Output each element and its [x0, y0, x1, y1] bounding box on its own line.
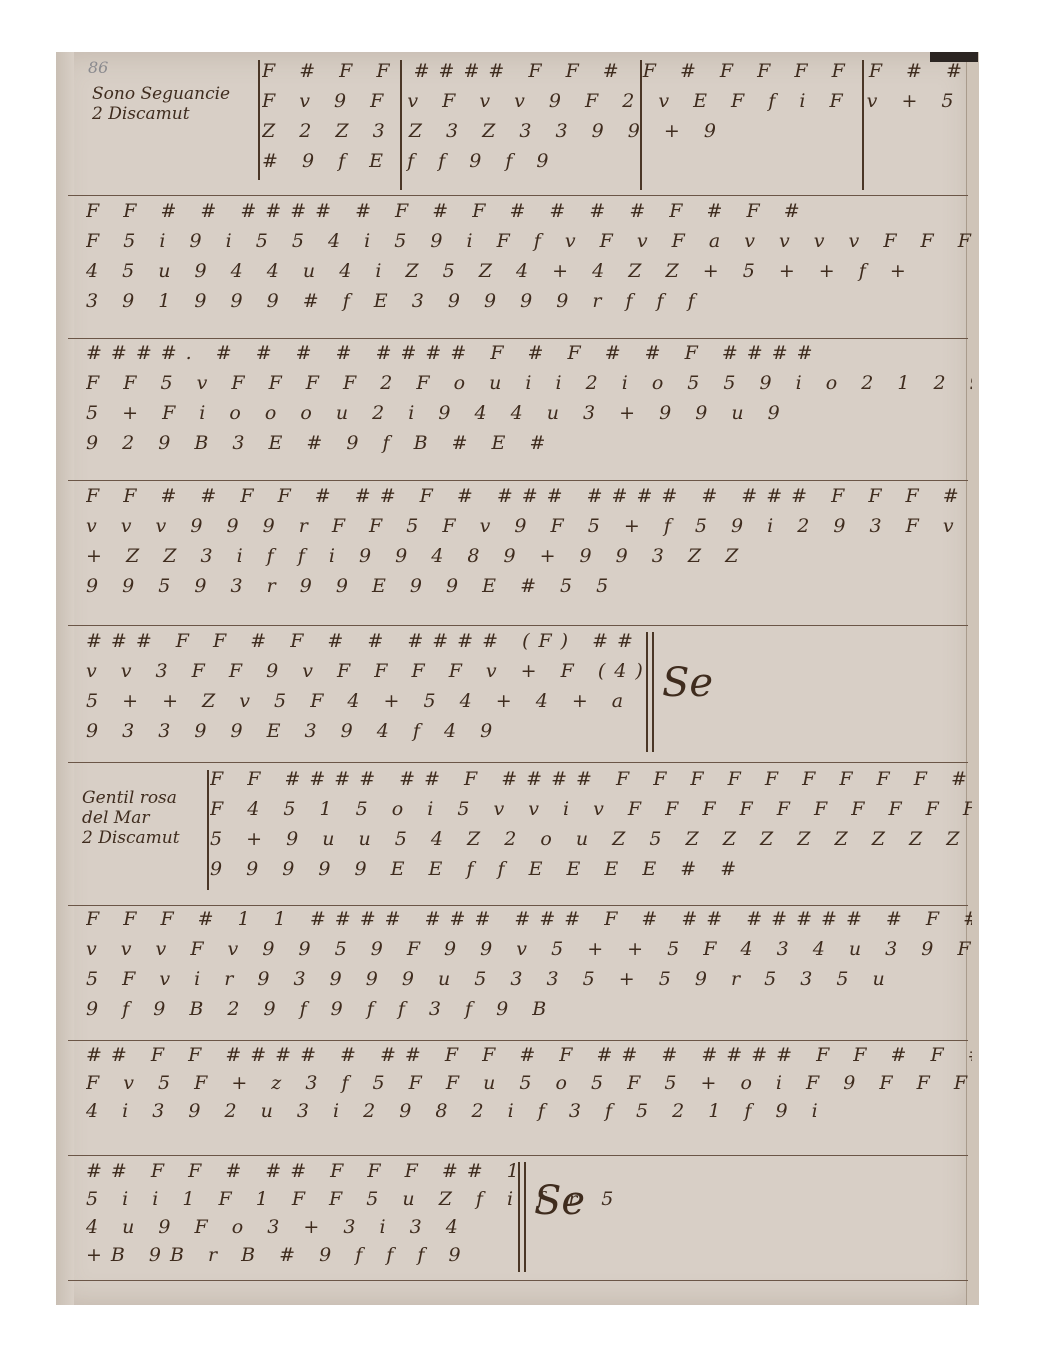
fine-mark: Se: [534, 1178, 585, 1224]
tablature-system-5: ### F F # F # # #### (F) ## v v 3 F F 9 …: [86, 630, 658, 760]
course-row: 9 3 3 9 9 E 3 9 4 f 4 9: [86, 720, 658, 742]
course-row: 5 + F i o o o u 2 i 9 4 4 u 3 + 9 9 u 9: [86, 402, 972, 424]
barline: [207, 770, 209, 890]
piece-title-gentil-rosa: Gentil rosa del Mar 2 Discamut: [82, 788, 180, 848]
staff-divider: [68, 905, 968, 906]
barline: [862, 60, 864, 190]
tablature-system-8: ## F F #### # ## F F # F ## # #### F F #…: [86, 1044, 972, 1174]
rhythm-row: F F #### ## F #### F F F F F F F F F # F…: [210, 768, 972, 790]
rhythm-row: F F # # F F # ## F # ### #### # ### F F …: [86, 485, 972, 507]
staff-divider: [68, 338, 968, 339]
staff-divider: [68, 625, 968, 626]
course-row: 9 f 9 B 2 9 f 9 f f 3 f 9 B: [86, 998, 972, 1020]
course-row: F F 5 v F F F F 2 F o u i i 2 i o 5 5 9 …: [86, 372, 972, 394]
rhythm-row: F F # # #### # F # F # # # # F # F #: [86, 200, 972, 222]
course-row: F v 9 F v F v v 9 F 2 v E F f i F v + 5 …: [262, 90, 972, 112]
piece-title-sono-seguancie: Sono Seguancie 2 Discamut: [92, 84, 230, 124]
barline: [640, 60, 642, 190]
tablature-system-1: F # F F #### F F # F # F F F F F # ### F…: [262, 60, 972, 190]
course-row: v v v 9 9 9 r F F 5 F v 9 F 5 + f 5 9 i …: [86, 515, 972, 537]
course-row: v v 3 F F 9 v F F F F v + F (4) v 9 Se: [86, 660, 658, 682]
course-row: 9 9 9 9 9 E E f f E E E E # #: [210, 858, 972, 880]
staff-divider: [68, 1040, 968, 1041]
course-row: # 9 f E f f 9 f 9: [262, 150, 972, 172]
page-binding-edge: [56, 52, 74, 1305]
course-row: 9 2 9 B 3 E # 9 f B # E #: [86, 432, 972, 454]
folio-number: 86: [88, 58, 108, 77]
staff-divider: [68, 195, 968, 196]
rhythm-row: F # F F #### F F # F # F F F F F # ###: [262, 60, 972, 82]
staff-divider: [68, 480, 968, 481]
double-barline: [518, 1162, 520, 1272]
staff-divider: [68, 762, 968, 763]
course-row: 3 9 1 9 9 9 # f E 3 9 9 9 9 r f f f: [86, 290, 972, 312]
course-row: 5 + 9 u u 5 4 Z 2 o u Z 5 Z Z Z Z Z Z Z …: [210, 828, 972, 850]
course-row: 4 5 u 9 4 4 u 4 i Z 5 Z 4 + 4 Z Z + 5 + …: [86, 260, 972, 282]
tablature-system-6: F F #### ## F #### F F F F F F F F F # F…: [210, 768, 972, 898]
course-row: Z 2 Z 3 Z 3 Z 3 3 9 9 + 9: [262, 120, 972, 142]
rhythm-row: ### F F # F # # #### (F) ##: [86, 630, 658, 652]
course-row: F 5 i 9 i 5 5 4 i 5 9 i F f v F v F a v …: [86, 230, 972, 252]
tablature-system-7: F F F # 1 1 #### ### ### F # ## ##### # …: [86, 908, 972, 1038]
fine-mark: Se: [662, 660, 713, 706]
rhythm-row: F F F # 1 1 #### ### ### F # ## ##### # …: [86, 908, 972, 930]
double-barline: [652, 632, 654, 752]
course-row: 5 + + Z v 5 F 4 + 5 4 + 4 + a: [86, 690, 658, 712]
course-row: 5 F v i r 9 3 9 9 9 u 5 3 3 5 + 5 9 r 5 …: [86, 968, 972, 990]
course-row: + Z Z 3 i f f i 9 9 4 8 9 + 9 9 3 Z Z: [86, 545, 972, 567]
double-barline: [524, 1162, 526, 1272]
course-row: 4 i 3 9 2 u 3 i 2 9 8 2 i f 3 f 5 2 1 f …: [86, 1100, 972, 1122]
course-row: 9 9 5 9 3 r 9 9 E 9 9 E # 5 5: [86, 575, 972, 597]
double-barline: [646, 632, 648, 752]
tablature-system-3: ####. # # # # #### F # F # # F #### F F …: [86, 342, 972, 472]
barline: [400, 60, 402, 190]
course-row: v v v F v 9 9 5 9 F 9 9 v 5 + + 5 F 4 3 …: [86, 938, 972, 960]
course-row: F 4 5 1 5 o i 5 v v i v F F F F F F F F …: [210, 798, 972, 820]
tablature-system-2: F F # # #### # F # F # # # # F # F # F 5…: [86, 200, 972, 330]
tablature-system-4: F F # # F F # ## F # ### #### # ### F F …: [86, 485, 972, 615]
course-row: +B 9B r B # 9 f f f 9: [86, 1244, 618, 1266]
rhythm-row: ## F F #### # ## F F # F ## # #### F F #…: [86, 1044, 972, 1066]
course-row: F v 5 F + z 3 f 5 F F u 5 o 5 F 5 + o i …: [86, 1072, 972, 1094]
barline: [258, 60, 260, 180]
rhythm-row: ####. # # # # #### F # F # # F ####: [86, 342, 972, 364]
